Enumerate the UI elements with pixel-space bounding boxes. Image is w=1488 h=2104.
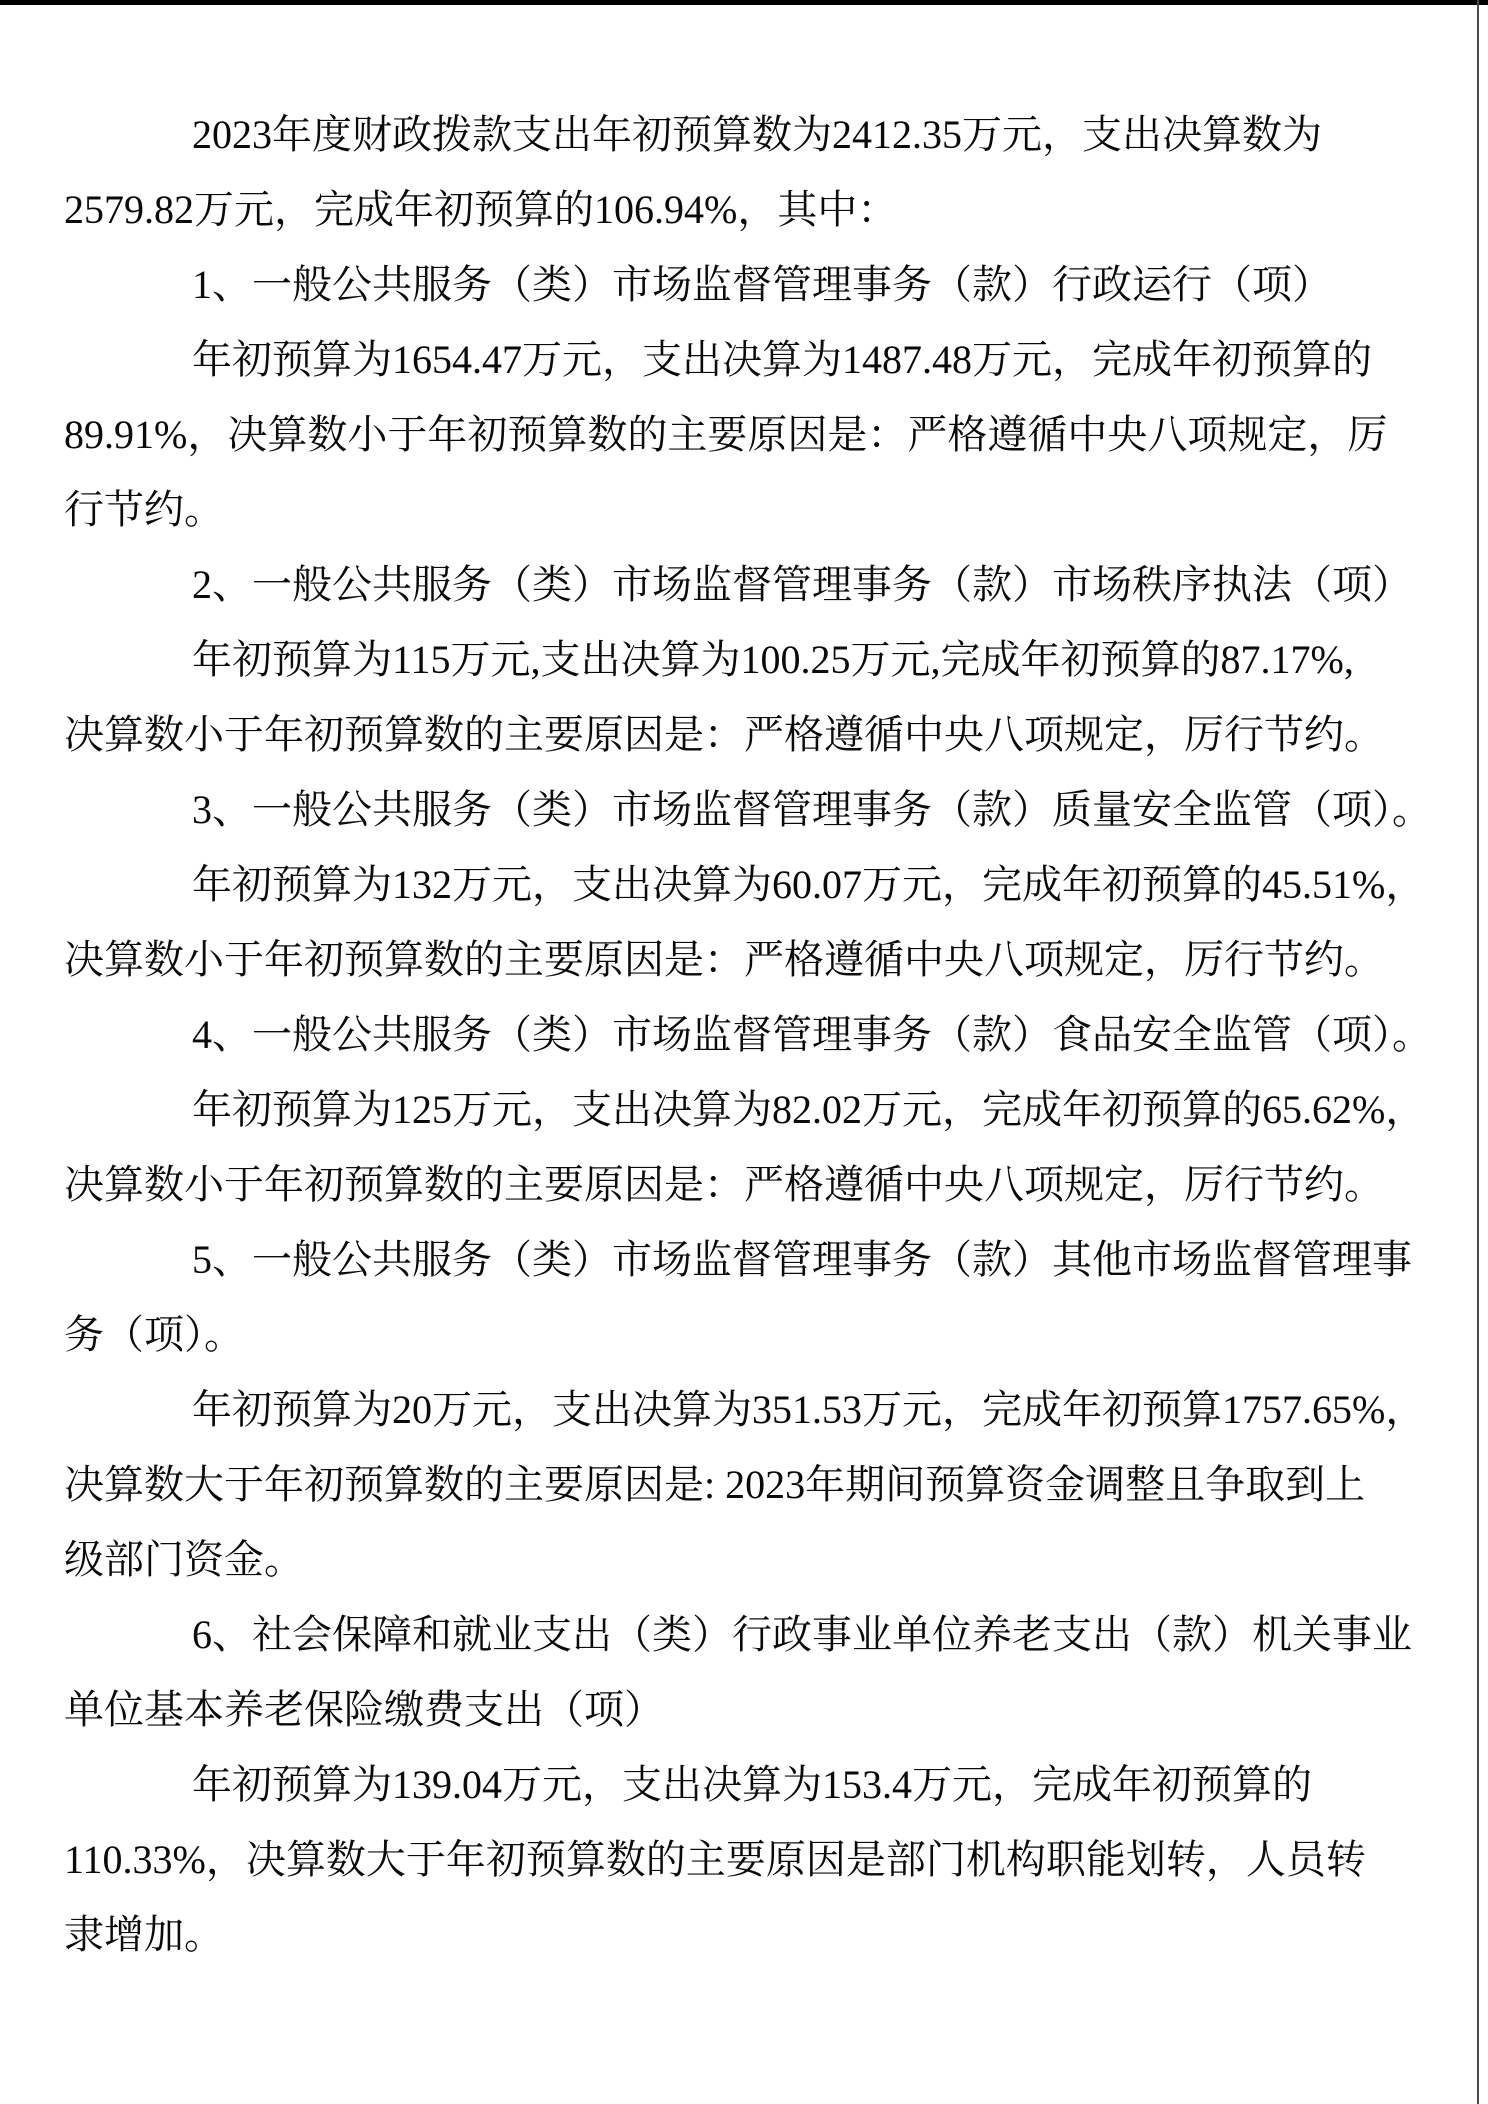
- doc-line-25: 隶增加。: [64, 1897, 1444, 1972]
- doc-line-10: 3、一般公共服务（类）市场监督管理事务（款）质量安全监管（项）。: [64, 772, 1444, 847]
- doc-line-4: 年初预算为1654.47万元，支出决算为1487.48万元，完成年初预算的: [64, 322, 1444, 397]
- doc-line-19: 决算数大于年初预算数的主要原因是: 2023年期间预算资金调整且争取到上: [64, 1447, 1444, 1522]
- doc-line-12: 决算数小于年初预算数的主要原因是：严格遵循中央八项规定，厉行节约。: [64, 922, 1444, 997]
- doc-line-8: 年初预算为115万元,支出决算为100.25万元,完成年初预算的87.17%,: [64, 622, 1444, 697]
- scan-top-edge: [0, 0, 1488, 5]
- doc-line-24: 110.33%，决算数大于年初预算数的主要原因是部门机构职能划转，人员转: [64, 1822, 1444, 1897]
- document-body: 2023年度财政拨款支出年初预算数为2412.35万元，支出决算数为 2579.…: [64, 97, 1444, 1972]
- doc-line-21: 6、社会保障和就业支出（类）行政事业单位养老支出（款）机关事业: [64, 1597, 1444, 1672]
- doc-line-14: 年初预算为125万元，支出决算为82.02万元，完成年初预算的65.62%，: [64, 1072, 1444, 1147]
- doc-line-23: 年初预算为139.04万元，支出决算为153.4万元，完成年初预算的: [64, 1747, 1444, 1822]
- doc-line-16: 5、一般公共服务（类）市场监督管理事务（款）其他市场监督管理事: [64, 1222, 1444, 1297]
- doc-line-18: 年初预算为20万元，支出决算为351.53万元，完成年初预算1757.65%，: [64, 1372, 1444, 1447]
- doc-line-2: 2579.82万元，完成年初预算的106.94%，其中：: [64, 172, 1444, 247]
- doc-line-3: 1、一般公共服务（类）市场监督管理事务（款）行政运行（项）: [64, 247, 1444, 322]
- doc-line-11: 年初预算为132万元，支出决算为60.07万元，完成年初预算的45.51%，: [64, 847, 1444, 922]
- doc-line-7: 2、一般公共服务（类）市场监督管理事务（款）市场秩序执法（项）: [64, 547, 1444, 622]
- doc-line-5: 89.91%，决算数小于年初预算数的主要原因是：严格遵循中央八项规定，厉: [64, 397, 1444, 472]
- scan-right-edge-line: [1477, 0, 1479, 2104]
- document-page: 2023年度财政拨款支出年初预算数为2412.35万元，支出决算数为 2579.…: [0, 0, 1488, 2104]
- doc-line-6: 行节约。: [64, 472, 1444, 547]
- doc-line-17: 务（项）。: [64, 1297, 1444, 1372]
- doc-line-22: 单位基本养老保险缴费支出（项）: [64, 1672, 1444, 1747]
- doc-line-15: 决算数小于年初预算数的主要原因是：严格遵循中央八项规定，厉行节约。: [64, 1147, 1444, 1222]
- doc-line-20: 级部门资金。: [64, 1522, 1444, 1597]
- doc-line-1: 2023年度财政拨款支出年初预算数为2412.35万元，支出决算数为: [64, 97, 1444, 172]
- doc-line-9: 决算数小于年初预算数的主要原因是：严格遵循中央八项规定，厉行节约。: [64, 697, 1444, 772]
- doc-line-13: 4、一般公共服务（类）市场监督管理事务（款）食品安全监管（项）。: [64, 997, 1444, 1072]
